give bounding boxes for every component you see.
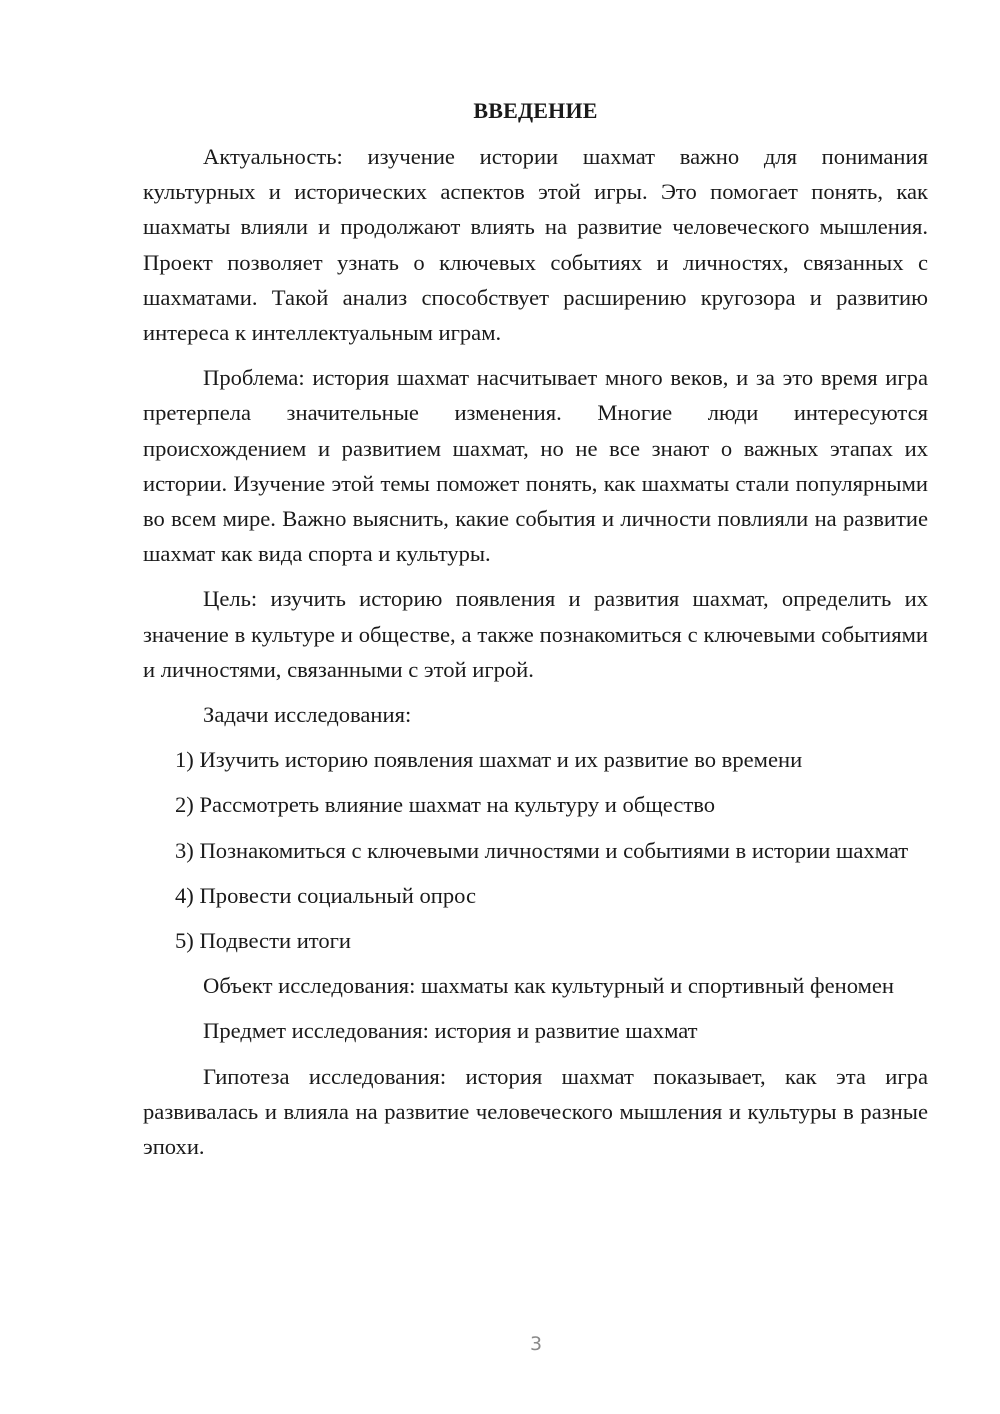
task-item: 3) Познакомиться с ключевыми личностями … — [143, 833, 928, 868]
relevance-paragraph: Актуальность: изучение истории шахмат ва… — [143, 139, 928, 350]
task-item: 1) Изучить историю появления шахмат и их… — [143, 742, 928, 777]
tasks-heading: Задачи исследования: — [143, 697, 928, 732]
tasks-list: 1) Изучить историю появления шахмат и их… — [143, 742, 928, 958]
hypothesis-paragraph: Гипотеза исследования: история шахмат по… — [143, 1059, 928, 1165]
goal-paragraph: Цель: изучить историю появления и развит… — [143, 581, 928, 687]
task-item: 2) Рассмотреть влияние шахмат на культур… — [143, 787, 928, 822]
page-content: ВВЕДЕНИЕ Актуальность: изучение истории … — [143, 93, 928, 1174]
object-paragraph: Объект исследования: шахматы как культур… — [143, 968, 928, 1003]
section-title: ВВЕДЕНИЕ — [143, 93, 928, 129]
subject-paragraph: Предмет исследования: история и развитие… — [143, 1013, 928, 1048]
task-item: 4) Провести социальный опрос — [143, 878, 928, 913]
task-item: 5) Подвести итоги — [143, 923, 928, 958]
page-number: 3 — [0, 1333, 1000, 1355]
problem-paragraph: Проблема: история шахмат насчитывает мно… — [143, 360, 928, 571]
document-page: ВВЕДЕНИЕ Актуальность: изучение истории … — [0, 0, 1000, 1414]
